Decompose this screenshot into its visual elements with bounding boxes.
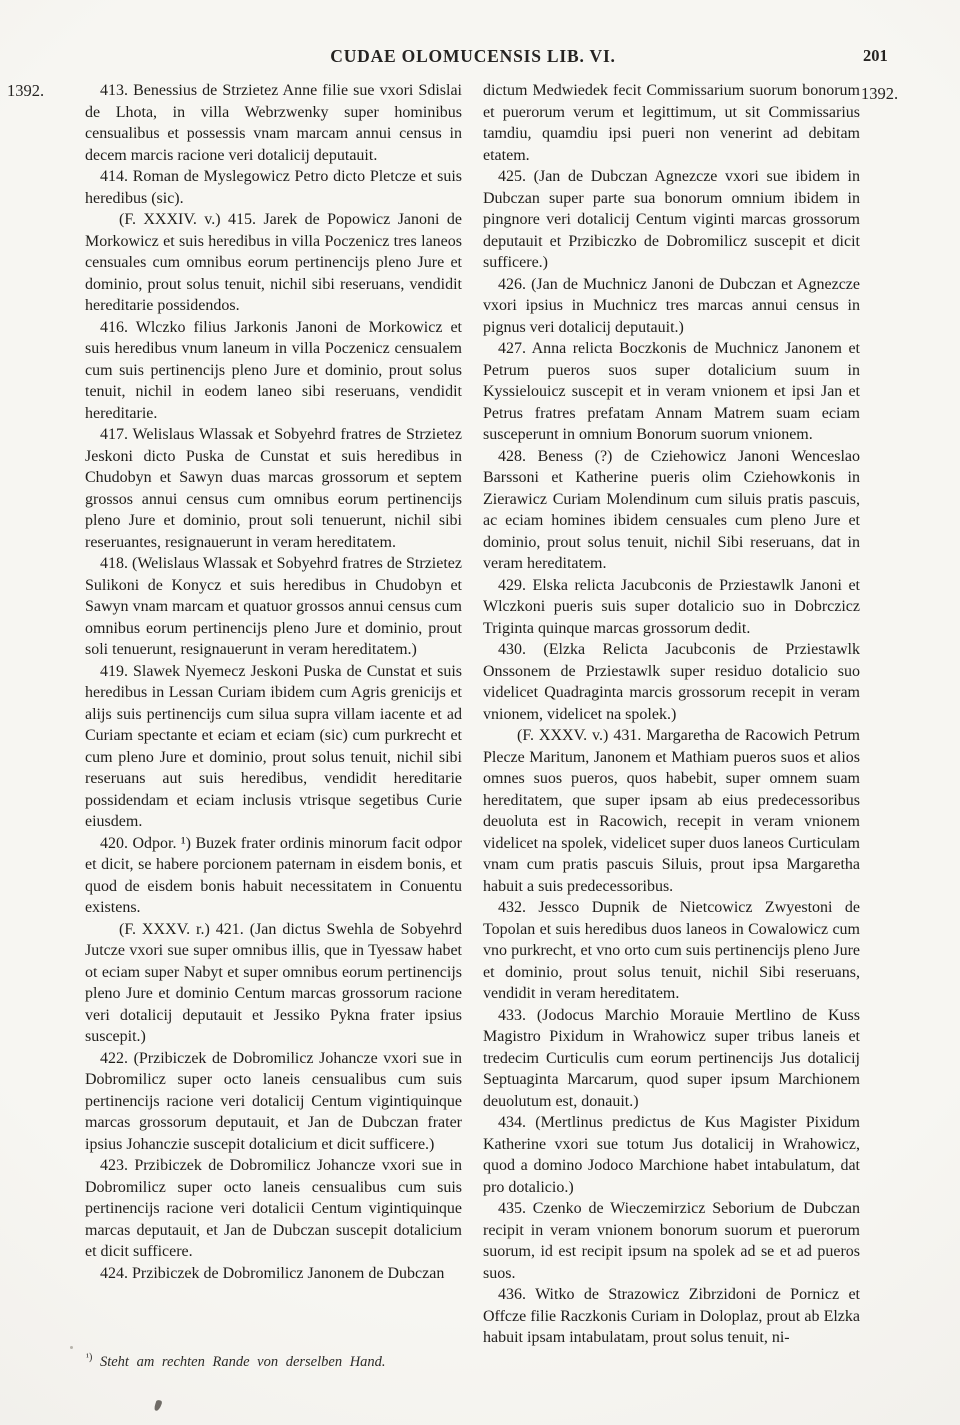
ink-smudge <box>153 1399 162 1411</box>
entry-paragraph: 419. Slawek Nyemecz Jeskoni Puska de Cun… <box>85 661 462 833</box>
page-number: 201 <box>863 46 888 66</box>
text-column-right: dictum Medwiedek fecit Commissarium suor… <box>483 80 860 1349</box>
entry-paragraph: 420. Odpor. ¹) Buzek frater ordinis mino… <box>85 833 462 919</box>
entry-paragraph: 432. Jessco Dupnik de Nietcowicz Zwyesto… <box>483 897 860 1005</box>
footnote: ¹) Steht am rechten Rande von derselben … <box>86 1352 506 1371</box>
margin-year-right: 1392. <box>861 84 898 104</box>
entry-paragraph: 417. Welislaus Wlassak et Sobyehrd fratr… <box>85 424 462 553</box>
entry-paragraph: 435. Czenko de Wieczemirzicz Seborium de… <box>483 1198 860 1284</box>
entry-paragraph: 433. (Jodocus Marchio Morauie Mertlino d… <box>483 1005 860 1113</box>
text-column-left: 413. Benessius de Strzietez Anne filie s… <box>85 80 462 1284</box>
running-header: CUDAE OLOMUCENSIS LIB. VI. <box>85 46 861 67</box>
footnote-text: Steht am rechten Rande von derselben Han… <box>100 1354 386 1370</box>
entry-paragraph: 426. (Jan de Muchnicz Janoni de Dubczan … <box>483 274 860 339</box>
entry-paragraph: 430. (Elzka Relicta Jacubconis de Przies… <box>483 639 860 725</box>
entry-paragraph: 434. (Mertlinus predictus de Kus Magiste… <box>483 1112 860 1198</box>
entry-paragraph: 425. (Jan de Dubczan Agnezcze vxori sue … <box>483 166 860 274</box>
entry-paragraph: (F. XXXV. r.) 421. (Jan dictus Swehla de… <box>85 919 462 1048</box>
entry-paragraph: dictum Medwiedek fecit Commissarium suor… <box>483 80 860 166</box>
entry-paragraph: 427. Anna relicta Boczkonis de Muchnicz … <box>483 338 860 446</box>
entry-paragraph: 424. Przibiczek de Dobromilicz Janonem d… <box>85 1263 462 1285</box>
scanned-book-page: CUDAE OLOMUCENSIS LIB. VI. 201 1392. 139… <box>0 0 960 1425</box>
entry-paragraph: 413. Benessius de Strzietez Anne filie s… <box>85 80 462 166</box>
entry-paragraph: 436. Witko de Strazowicz Zibrzidoni de P… <box>483 1284 860 1349</box>
paper-speck <box>70 1346 73 1349</box>
entry-paragraph: (F. XXXIV. v.) 415. Jarek de Popowicz Ja… <box>85 209 462 317</box>
footnote-marker: ¹) <box>86 1352 92 1363</box>
entry-paragraph: 414. Roman de Myslegowicz Petro dicto Pl… <box>85 166 462 209</box>
entry-paragraph: (F. XXXV. v.) 431. Margaretha de Racowic… <box>483 725 860 897</box>
margin-year-left: 1392. <box>7 81 44 101</box>
entry-paragraph: 429. Elska relicta Jacubconis de Prziest… <box>483 575 860 640</box>
entry-paragraph: 416. Wlczko filius Jarkonis Janoni de Mo… <box>85 317 462 425</box>
entry-paragraph: 423. Przibiczek de Dobromilicz Johancze … <box>85 1155 462 1263</box>
entry-paragraph: 422. (Przibiczek de Dobromilicz Johancze… <box>85 1048 462 1156</box>
entry-paragraph: 428. Beness (?) de Cziehowicz Janoni Wen… <box>483 446 860 575</box>
entry-paragraph: 418. (Welislaus Wlassak et Sobyehrd frat… <box>85 553 462 661</box>
